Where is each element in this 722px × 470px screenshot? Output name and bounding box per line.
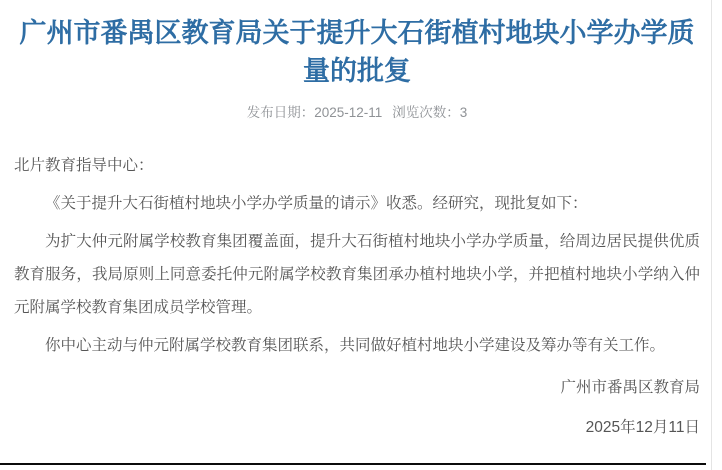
signature-block: 广州市番禺区教育局 2025年12月11日: [14, 371, 700, 444]
document-content: 广州市番禺区教育局关于提升大石街植村地块小学办学质量的批复 发布日期：2025-…: [0, 0, 722, 444]
meta-line: 发布日期：2025-12-11浏览次数：3: [14, 104, 700, 122]
salutation: 北片教育指导中心：: [14, 149, 700, 182]
publish-date-value: 2025-12-11: [314, 104, 382, 122]
publish-date-label: 发布日期：: [247, 104, 315, 122]
signature-authority: 广州市番禺区教育局: [14, 371, 700, 404]
signature-date: 2025年12月11日: [14, 411, 700, 444]
document-body: 北片教育指导中心： 《关于提升大石街植村地块小学办学质量的请示》收悉。经研究，现…: [14, 149, 700, 362]
page-title: 广州市番禺区教育局关于提升大石街植村地块小学办学质量的批复: [14, 14, 700, 90]
paragraph-2: 为扩大仲元附属学校教育集团覆盖面，提升大石街植村地块小学办学质量，给周边居民提供…: [14, 225, 700, 324]
document-page: 广州市番禺区教育局关于提升大石街植村地块小学办学质量的批复 发布日期：2025-…: [0, 0, 722, 470]
views-label: 浏览次数：: [392, 104, 460, 122]
bottom-border-line: [0, 463, 706, 465]
paragraph-1: 《关于提升大石街植村地块小学办学质量的请示》收悉。经研究，现批复如下：: [14, 187, 700, 220]
views-count: 3: [460, 104, 468, 122]
right-border-line: [711, 0, 712, 470]
paragraph-3: 你中心主动与仲元附属学校教育集团联系，共同做好植村地块小学建设及筹办等有关工作。: [14, 329, 700, 362]
